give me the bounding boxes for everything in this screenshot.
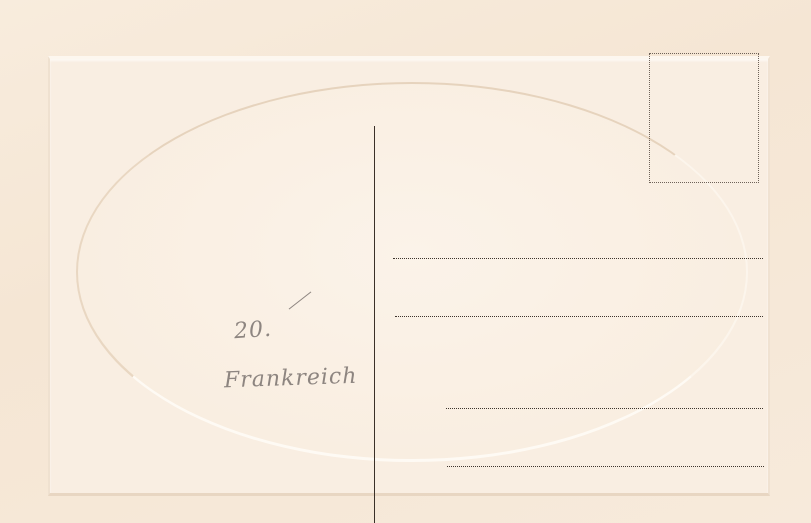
- address-line-3: [446, 408, 763, 409]
- postcard-back: 20. Frankreich: [0, 0, 811, 523]
- pencil-country-note: Frankreich: [224, 364, 358, 394]
- address-line-2: [395, 316, 763, 317]
- center-divider-line: [374, 126, 375, 523]
- address-line-4: [447, 466, 764, 467]
- pencil-price-note: 20.: [233, 317, 273, 345]
- stamp-placeholder-box: [649, 53, 759, 183]
- address-line-1: [393, 258, 763, 259]
- embossed-oval: [76, 82, 748, 462]
